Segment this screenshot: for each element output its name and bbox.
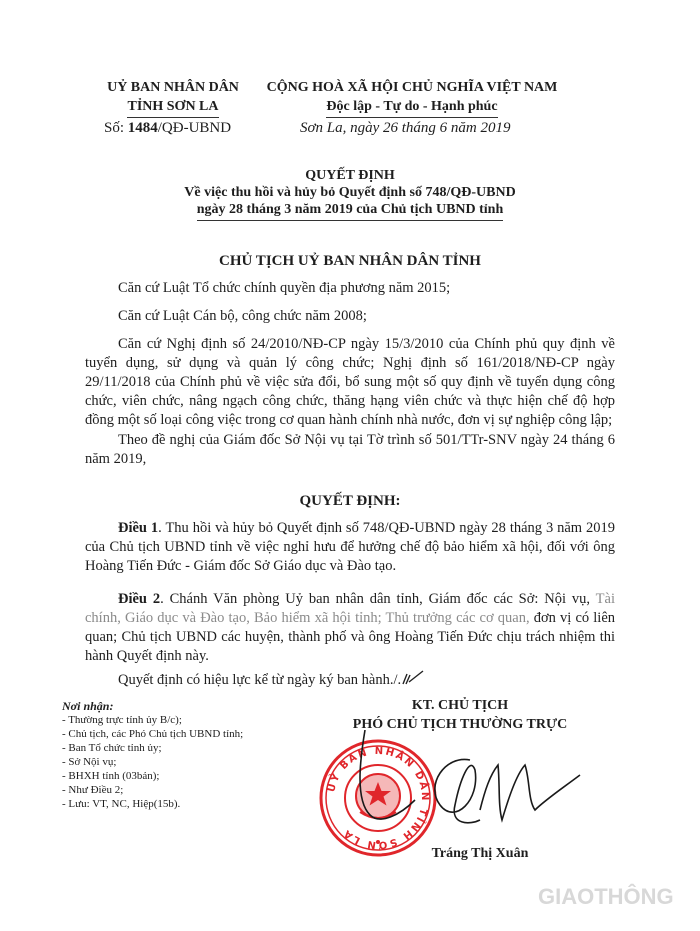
article-1-label: Điều 1 bbox=[118, 520, 158, 536]
nation-motto: Độc lập - Tự do - Hạnh phúc bbox=[326, 97, 497, 118]
national-motto-block: CỘNG HOÀ XÃ HỘI CHỦ NGHĨA VIỆT NAM Độc l… bbox=[262, 78, 562, 118]
recipient-item: - Thường trực tỉnh ủy B/c); bbox=[62, 713, 243, 727]
handwritten-signature-icon bbox=[320, 730, 620, 840]
authority-heading: CHỦ TỊCH UỶ BAN NHÂN DÂN TỈNH bbox=[0, 253, 700, 270]
recipients-heading: Nơi nhận: bbox=[62, 699, 243, 713]
effective-text: Quyết định có hiệu lực kể từ ngày ký ban… bbox=[118, 672, 401, 688]
title-subject-2: ngày 28 tháng 3 năm 2019 của Chủ tịch UB… bbox=[197, 201, 504, 221]
recipient-item: - Như Điều 2; bbox=[62, 783, 243, 797]
issuer-block: UỶ BAN NHÂN DÂN TỈNH SƠN LA bbox=[88, 78, 258, 118]
recipients-block: Nơi nhận: - Thường trực tỉnh ủy B/c); - … bbox=[62, 699, 243, 811]
preamble-item: Căn cứ Luật Cán bộ, công chức năm 2008; bbox=[85, 307, 615, 326]
recipient-item: - Chủ tịch, các Phó Chủ tịch UBND tỉnh; bbox=[62, 727, 243, 741]
signer-name: Tráng Thị Xuân bbox=[390, 846, 570, 862]
number-label: Số: bbox=[104, 120, 128, 136]
publisher-watermark: GIAOTHÔNG bbox=[538, 884, 674, 910]
nation-line1: CỘNG HOÀ XÃ HỘI CHỦ NGHĨA VIỆT NAM bbox=[262, 78, 562, 97]
document-number: Số: 1484/QĐ-UBND bbox=[104, 120, 231, 137]
initial-mark-icon bbox=[401, 670, 425, 686]
preamble-item: Theo đề nghị của Giám đốc Sở Nội vụ tại … bbox=[85, 431, 615, 469]
title-subject-1: Về việc thu hồi và hủy bỏ Quyết định số … bbox=[0, 184, 700, 201]
article-2: Điều 2. Chánh Văn phòng Uỷ ban nhân dân … bbox=[85, 590, 615, 666]
effective-clause: Quyết định có hiệu lực kể từ ngày ký ban… bbox=[85, 670, 615, 690]
recipient-item: - BHXH tỉnh (03bản); bbox=[62, 769, 243, 783]
article-2-label: Điều 2 bbox=[118, 591, 160, 607]
decision-heading: QUYẾT ĐỊNH: bbox=[0, 493, 700, 510]
preamble-item: Căn cứ Nghị định số 24/2010/NĐ-CP ngày 1… bbox=[85, 335, 615, 430]
article-1-text: . Thu hồi và hủy bỏ Quyết định số 748/QĐ… bbox=[85, 520, 615, 574]
recipient-item: - Lưu: VT, NC, Hiệp(15b). bbox=[62, 797, 243, 811]
signature-title: KT. CHỦ TỊCH PHÓ CHỦ TỊCH THƯỜNG TRỰC bbox=[310, 696, 610, 734]
signature-line1: KT. CHỦ TỊCH bbox=[310, 696, 610, 715]
article-1: Điều 1. Thu hồi và hủy bỏ Quyết định số … bbox=[85, 519, 615, 576]
article-2-text-a: . Chánh Văn phòng Uỷ ban nhân dân tỉnh, … bbox=[160, 591, 596, 607]
document-title: QUYẾT ĐỊNH Về việc thu hồi và hủy bỏ Quy… bbox=[0, 167, 700, 221]
recipient-item: - Ban Tổ chức tỉnh ủy; bbox=[62, 741, 243, 755]
number-value: 1484 bbox=[128, 120, 158, 136]
recipient-item: - Sở Nội vụ; bbox=[62, 755, 243, 769]
place-date: Sơn La, ngày 26 tháng 6 năm 2019 bbox=[300, 120, 511, 137]
title-heading: QUYẾT ĐỊNH bbox=[0, 167, 700, 184]
preamble-item: Căn cứ Luật Tổ chức chính quyền địa phươ… bbox=[85, 279, 615, 298]
issuer-line1: UỶ BAN NHÂN DÂN bbox=[88, 78, 258, 97]
issuer-line2: TỈNH SƠN LA bbox=[127, 97, 218, 118]
number-suffix: /QĐ-UBND bbox=[158, 120, 231, 136]
